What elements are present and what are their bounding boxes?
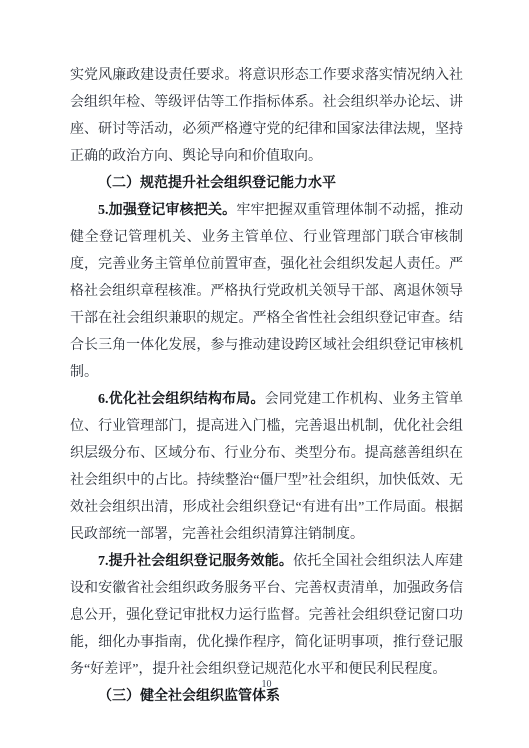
document-text-block: 实党风廉政建设责任要求。将意识形态工作要求落实情况纳入社会组织年检、等级评估等工… [70, 62, 463, 710]
paragraph-item-7: 7.提升社会组织登记服务效能。依托全国社会组织法人库建设和安徽省社会组织政务服务… [70, 548, 463, 683]
item-6-lead: 6.优化社会组织结构布局。 [98, 392, 265, 407]
item-5-body: 牢牢把握双重管理体制不动摇，推动健全登记管理机关、业务主管单位、行业管理部门联合… [70, 203, 463, 380]
paragraph-item-5: 5.加强登记审核把关。牢牢把握双重管理体制不动摇，推动健全登记管理机关、业务主管… [70, 197, 463, 386]
intro-paragraph: 实党风廉政建设责任要求。将意识形态工作要求落实情况纳入社会组织年检、等级评估等工… [70, 62, 463, 170]
paragraph-item-6: 6.优化社会组织结构布局。会同党建工作机构、业务主管单位、行业管理部门，提高进入… [70, 386, 463, 548]
item-6-body: 会同党建工作机构、业务主管单位、行业管理部门，提高进入门槛，完善退出机制，优化社… [70, 392, 463, 542]
page-number: 10 [70, 679, 463, 691]
section-2-heading: （二）规范提升社会组织登记能力水平 [70, 170, 463, 197]
item-7-lead: 7.提升社会组织登记服务效能。 [98, 554, 293, 569]
document-page: 实党风廉政建设责任要求。将意识形态工作要求落实情况纳入社会组织年检、等级评估等工… [0, 0, 529, 748]
item-5-lead: 5.加强登记审核把关。 [98, 203, 236, 218]
item-7-body: 依托全国社会组织法人库建设和安徽省社会组织政务服务平台、完善权责清单，加强政务信… [70, 554, 463, 677]
